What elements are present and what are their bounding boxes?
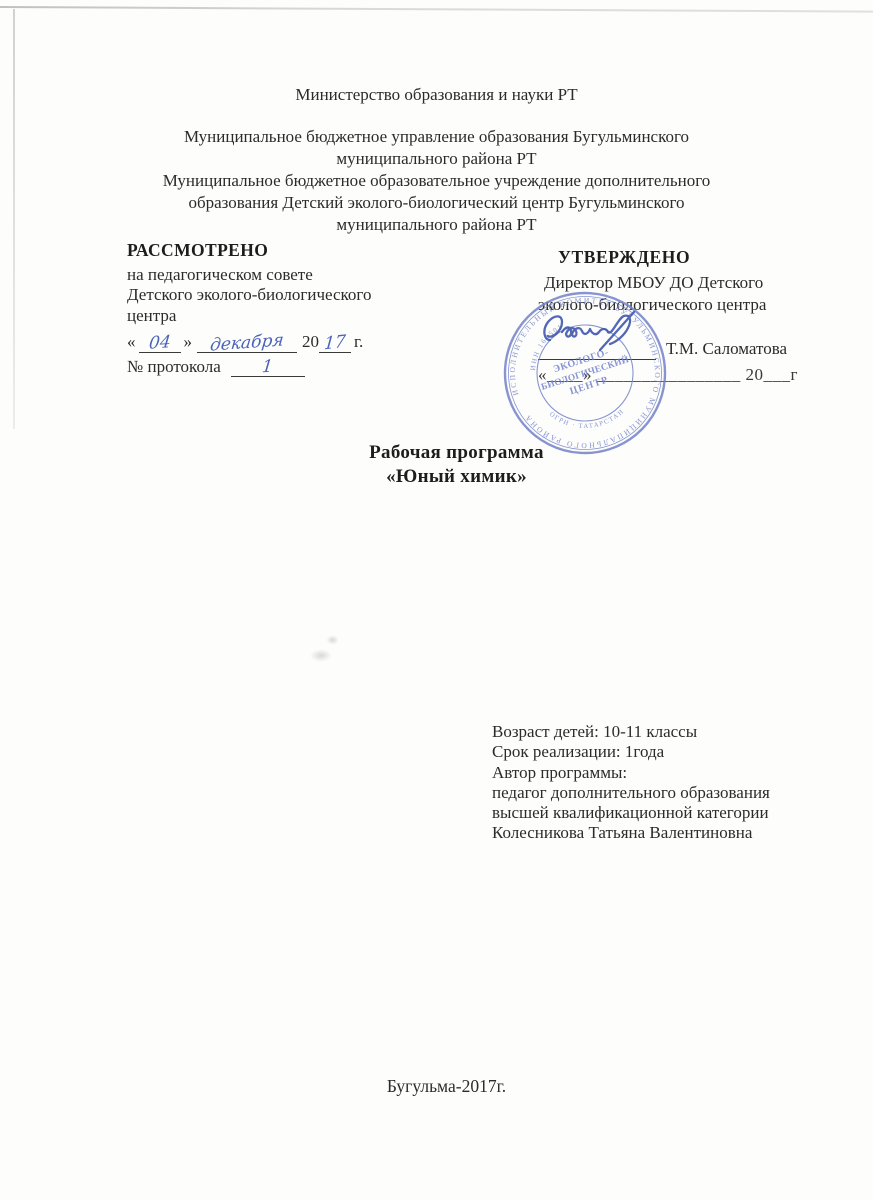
scan-smudge-artifact	[326, 635, 339, 645]
year-prefix: 20	[302, 332, 319, 351]
reviewed-line-2: Детского эколого-биологического	[127, 285, 437, 306]
approved-title: УТВЕРЖДЕНО	[538, 246, 858, 268]
title-line-2: «Юный химик»	[20, 465, 873, 489]
scanned-document-page: Министерство образования и науки РТ Муни…	[0, 0, 873, 1200]
handwritten-year: 17	[323, 332, 346, 354]
protocol-blank-line: 1	[231, 357, 305, 377]
document-header: Министерство образования и науки РТ Муни…	[0, 84, 873, 236]
institution-line: Муниципальное бюджетное образовательное …	[127, 170, 747, 236]
protocol-line: № протокола1	[127, 357, 437, 378]
reviewed-block: РАССМОТРЕНО на педагогическом совете Дет…	[127, 240, 437, 377]
quote-open: «	[127, 332, 136, 351]
ministry-line: Министерство образования и науки РТ	[87, 84, 787, 106]
detail-author-label: Автор программы:	[492, 763, 770, 783]
program-details: Возраст детей: 10-11 классы Срок реализа…	[492, 722, 770, 844]
detail-author-category: высшей квалификационной категории	[492, 803, 770, 823]
scan-edge-artifact-top	[0, 6, 873, 13]
director-signature-handwriting	[536, 306, 671, 358]
director-name: Т.М. Саломатова	[666, 339, 787, 358]
month-blank-line: декабря	[197, 333, 297, 353]
department-line: Муниципальное бюджетное управление образ…	[127, 126, 747, 170]
year-blank-line: 17	[319, 333, 351, 353]
year-suffix: г.	[354, 332, 363, 351]
reviewed-date-line: «04»декабря2017г.	[127, 332, 437, 353]
footer-city-year: Бугульма-2017г.	[10, 1076, 873, 1097]
handwritten-month: декабря	[209, 331, 284, 355]
handwritten-protocol-number: 1	[261, 358, 274, 378]
detail-duration: Срок реализации: 1года	[492, 742, 770, 762]
scan-smudge-artifact	[310, 649, 332, 662]
handwritten-day: 04	[148, 333, 172, 354]
detail-author-role: педагог дополнительного образования	[492, 783, 770, 803]
title-line-1: Рабочая программа	[20, 441, 873, 465]
protocol-label: № протокола	[127, 357, 221, 376]
detail-age: Возраст детей: 10-11 классы	[492, 722, 770, 742]
detail-author-name: Колесникова Татьяна Валентиновна	[492, 823, 770, 843]
reviewed-line-3: центра	[127, 306, 437, 327]
document-title: Рабочая программа «Юный химик»	[20, 441, 873, 488]
day-blank-line: 04	[139, 333, 181, 353]
quote-close: »	[184, 332, 193, 351]
reviewed-title: РАССМОТРЕНО	[127, 240, 437, 261]
reviewed-line-1: на педагогическом совете	[127, 265, 437, 286]
